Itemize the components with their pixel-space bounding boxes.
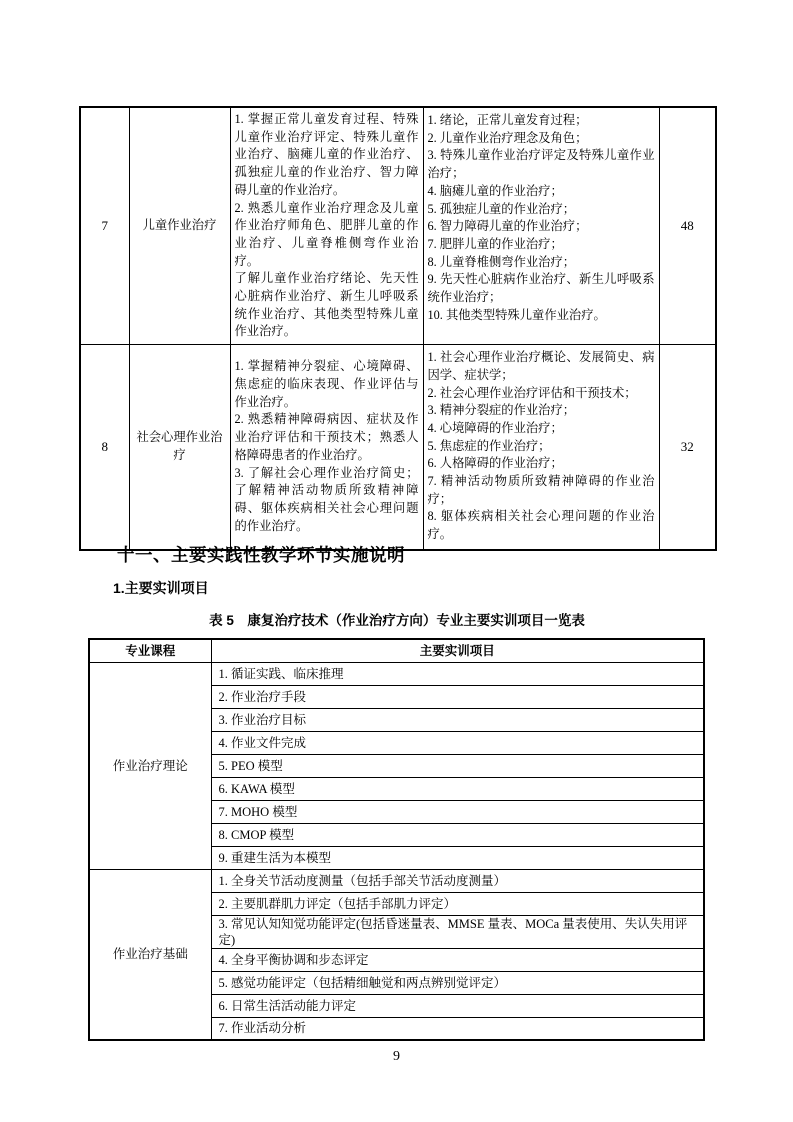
content-item: 1. 绪论，正常儿童发育过程； (428, 112, 655, 130)
training-item: 8. CMOP 模型 (211, 823, 704, 846)
table-row: 7 儿童作业治疗 1. 掌握正常儿童发育过程、特殊儿童作业治疗评定、特殊儿童作业… (80, 107, 716, 345)
section-heading: 十一、主要实践性教学环节实施说明 (117, 542, 405, 567)
content-item: 3. 精神分裂症的作业治疗； (428, 402, 655, 420)
content-item: 7. 精神活动物质所致精神障碍的作业治疗； (428, 473, 655, 508)
content-item: 10. 其他类型特殊儿童作业治疗。 (428, 307, 655, 325)
training-item: 6. KAWA 模型 (211, 777, 704, 800)
table-row: 8 社会心理作业治疗 1. 掌握精神分裂症、心境障碍、焦虑症的临床表现、作业评估… (80, 345, 716, 550)
training-item: 7. 作业活动分析 (211, 1017, 704, 1040)
table-row: 作业治疗基础 1. 全身关节活动度测量（包括手部关节活动度测量） (89, 869, 704, 892)
content-item: 6. 人格障碍的作业治疗； (428, 455, 655, 473)
content-item: 8. 躯体疾病相关社会心理问题的作业治疗。 (428, 508, 655, 543)
training-item: 3. 常见认知知觉功能评定(包括昏迷量表、MMSE 量表、MOCa 量表使用、失… (211, 915, 704, 948)
course-name: 社会心理作业治疗 (129, 345, 230, 550)
table-caption: 表 5 康复治疗技术（作业治疗方向）专业主要实训项目一览表 (79, 609, 715, 629)
column-header-course: 专业课程 (89, 639, 211, 662)
objective-paragraph: 3. 了解社会心理作业治疗简史；了解精神活动物质所致精神障碍、躯体疾病相关社会心… (235, 465, 419, 536)
table-header-row: 专业课程 主要实训项目 (89, 639, 704, 662)
course-row-number: 7 (80, 107, 129, 345)
course-group-name: 作业治疗基础 (89, 869, 211, 1040)
content-item: 5. 孤独症儿童的作业治疗； (428, 201, 655, 219)
content-item: 6. 智力障碍儿童的作业治疗； (428, 218, 655, 236)
training-projects-table: 专业课程 主要实训项目 作业治疗理论 1. 循证实践、临床推理 2. 作业治疗手… (88, 638, 705, 1041)
content-item: 4. 脑瘫儿童的作业治疗； (428, 183, 655, 201)
training-item: 5. PEO 模型 (211, 754, 704, 777)
course-group-name: 作业治疗理论 (89, 662, 211, 869)
training-item: 5. 感觉功能评定（包括精细触觉和两点辨别觉评定） (211, 971, 704, 994)
training-item: 1. 循证实践、临床推理 (211, 662, 704, 685)
training-item: 4. 作业文件完成 (211, 731, 704, 754)
objective-paragraph: 2. 熟悉精神障碍病因、症状及作业治疗评估和干预技术；熟悉人格障碍患者的作业治疗… (235, 411, 419, 464)
objective-paragraph: 1. 掌握正常儿童发育过程、特殊儿童作业治疗评定、特殊儿童作业治疗、脑瘫儿童的作… (235, 111, 419, 200)
course-row-number: 8 (80, 345, 129, 550)
objective-paragraph: 了解儿童作业治疗绪论、先天性心脏病作业治疗、新生儿呼吸系统作业治疗、其他类型特殊… (235, 270, 419, 341)
page-number: 9 (0, 1049, 793, 1065)
subsection-heading: 1.主要实训项目 (113, 578, 209, 598)
content-item: 2. 社会心理作业治疗评估和干预技术； (428, 385, 655, 403)
course-contents-cell: 1. 社会心理作业治疗概论、发展简史、病因学、症状学； 2. 社会心理作业治疗评… (423, 345, 659, 550)
content-item: 5. 焦虑症的作业治疗； (428, 438, 655, 456)
content-item: 9. 先天性心脏病作业治疗、新生儿呼吸系统作业治疗； (428, 271, 655, 306)
course-name: 儿童作业治疗 (129, 107, 230, 345)
training-item: 1. 全身关节活动度测量（包括手部关节活动度测量） (211, 869, 704, 892)
training-item: 7. MOHO 模型 (211, 800, 704, 823)
course-hours: 48 (659, 107, 716, 345)
content-item: 8. 儿童脊椎侧弯作业治疗； (428, 254, 655, 272)
training-item: 9. 重建生活为本模型 (211, 846, 704, 869)
objective-paragraph: 2. 熟悉儿童作业治疗理念及儿童作业治疗师角色、肥胖儿童的作业治疗、儿童脊椎侧弯… (235, 200, 419, 271)
course-objectives-cell: 1. 掌握精神分裂症、心境障碍、焦虑症的临床表现、作业评估与作业治疗。 2. 熟… (230, 345, 423, 550)
content-item: 2. 儿童作业治疗理念及角色； (428, 130, 655, 148)
content-item: 3. 特殊儿童作业治疗评定及特殊儿童作业治疗； (428, 147, 655, 182)
content-item: 7. 肥胖儿童的作业治疗； (428, 236, 655, 254)
course-hours: 32 (659, 345, 716, 550)
training-item: 4. 全身平衡协调和步态评定 (211, 948, 704, 971)
training-item: 3. 作业治疗目标 (211, 708, 704, 731)
training-item: 2. 主要肌群肌力评定（包括手部肌力评定） (211, 892, 704, 915)
course-contents-cell: 1. 绪论，正常儿童发育过程； 2. 儿童作业治疗理念及角色； 3. 特殊儿童作… (423, 107, 659, 345)
document-page: 7 儿童作业治疗 1. 掌握正常儿童发育过程、特殊儿童作业治疗评定、特殊儿童作业… (0, 0, 793, 1122)
training-item: 2. 作业治疗手段 (211, 685, 704, 708)
training-item: 6. 日常生活活动能力评定 (211, 994, 704, 1017)
content-item: 1. 社会心理作业治疗概论、发展简史、病因学、症状学； (428, 349, 655, 384)
column-header-projects: 主要实训项目 (211, 639, 704, 662)
objective-paragraph: 1. 掌握精神分裂症、心境障碍、焦虑症的临床表现、作业评估与作业治疗。 (235, 358, 419, 411)
course-outline-table: 7 儿童作业治疗 1. 掌握正常儿童发育过程、特殊儿童作业治疗评定、特殊儿童作业… (79, 106, 717, 551)
content-item: 4. 心境障碍的作业治疗； (428, 420, 655, 438)
course-objectives-cell: 1. 掌握正常儿童发育过程、特殊儿童作业治疗评定、特殊儿童作业治疗、脑瘫儿童的作… (230, 107, 423, 345)
table-row: 作业治疗理论 1. 循证实践、临床推理 (89, 662, 704, 685)
